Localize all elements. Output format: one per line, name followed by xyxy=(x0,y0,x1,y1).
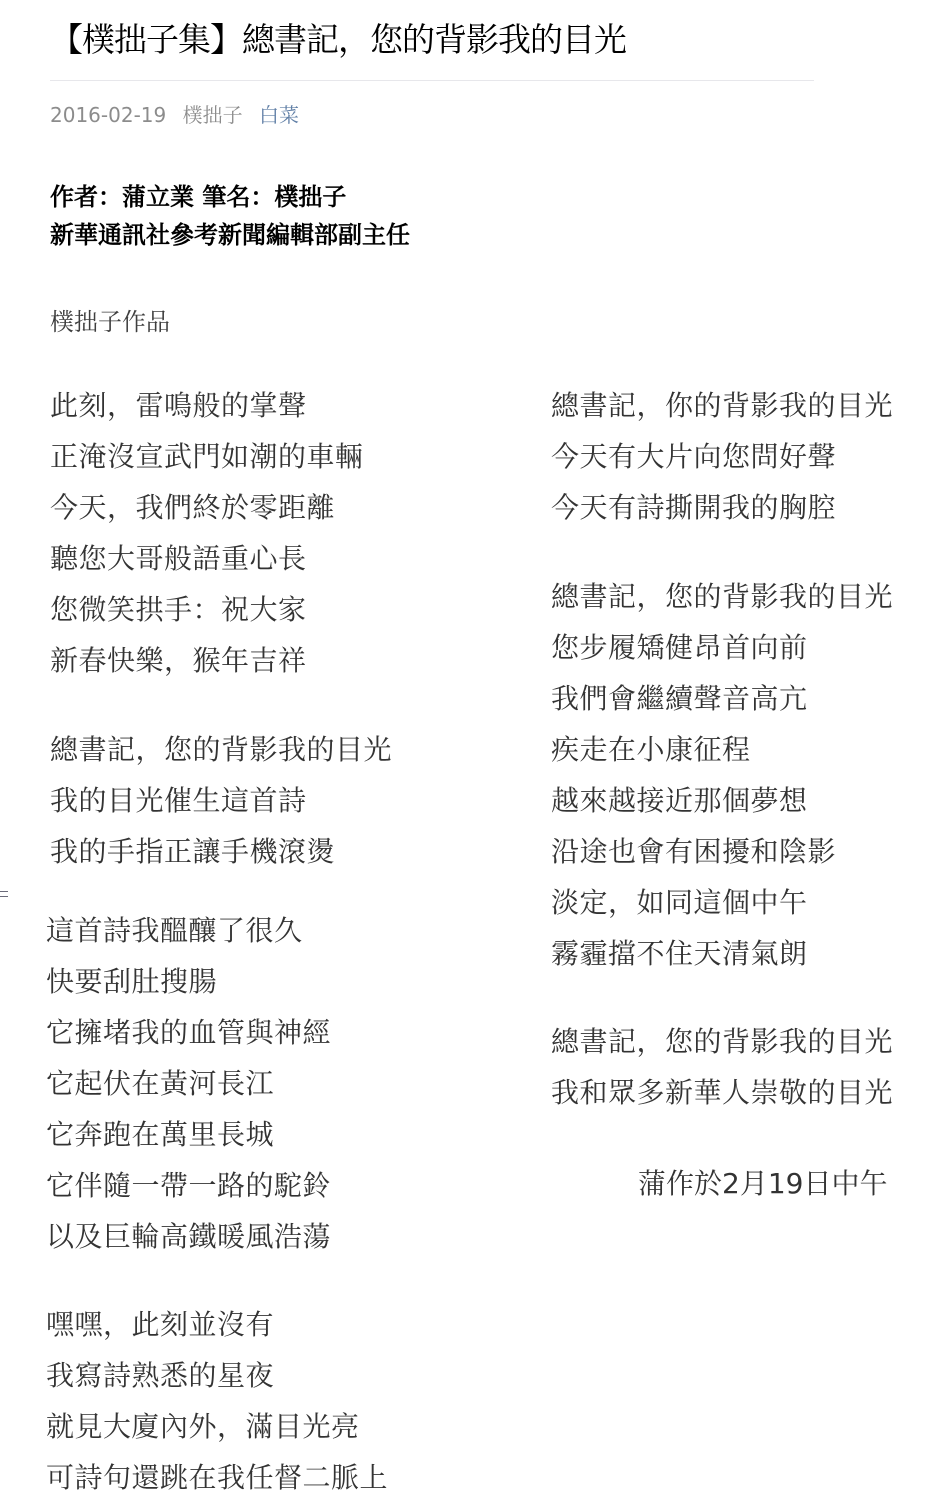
poem-line: 總書記，您的背影我的目光 xyxy=(50,724,392,775)
poem-line: 快要刮肚搜腸 xyxy=(46,956,331,1007)
poem-stanza-right-3: 總書記，您的背影我的目光 我和眾多新華人崇敬的目光 xyxy=(551,1016,893,1118)
poem-line: 沿途也會有困擾和陰影 xyxy=(551,826,893,877)
poem-line: 它奔跑在萬里長城 xyxy=(46,1109,331,1160)
poem-line: 您微笑拱手：祝大家 xyxy=(50,584,364,635)
poem-line: 這首詩我醞釀了很久 xyxy=(46,905,331,956)
poem-line: 今天，我們終於零距離 xyxy=(50,482,364,533)
side-marker-icon xyxy=(0,891,8,897)
poem-line: 我和眾多新華人崇敬的目光 xyxy=(551,1067,893,1118)
byline: 作者：蒲立業 筆名：樸拙子 新華通訊社參考新聞編輯部副主任 xyxy=(50,178,410,254)
poem-line: 新春快樂，猴年吉祥 xyxy=(50,635,364,686)
poem-line: 今天有大片向您問好聲 xyxy=(551,431,893,482)
poem-stanza-right-1: 總書記，你的背影我的目光 今天有大片向您問好聲 今天有詩撕開我的胸腔 xyxy=(551,380,893,533)
poem-line: 以及巨輪高鐵暖風浩蕩 xyxy=(46,1211,331,1262)
poem-line: 此刻，雷鳴般的掌聲 xyxy=(50,380,364,431)
publish-date: 2016-02-19 xyxy=(50,103,166,127)
poem-line: 總書記，你的背影我的目光 xyxy=(551,380,893,431)
poem-stanza-left-2: 總書記，您的背影我的目光 我的目光催生這首詩 我的手指正讓手機滾燙 xyxy=(50,724,392,877)
poem-stanza-left-4: 嘿嘿，此刻並沒有 我寫詩熟悉的星夜 就見大廈內外，滿目光亮 可詩句還跳在我任督二… xyxy=(46,1299,388,1503)
poem-line: 我們會繼續聲音高亢 xyxy=(551,673,893,724)
poem-line: 霧霾擋不住天清氣朗 xyxy=(551,928,893,979)
byline-author: 作者：蒲立業 筆名：樸拙子 xyxy=(50,178,410,216)
poem-line: 我寫詩熟悉的星夜 xyxy=(46,1350,388,1401)
poem-line: 我的目光催生這首詩 xyxy=(50,775,392,826)
poem-line: 嘿嘿，此刻並沒有 xyxy=(46,1299,388,1350)
title-divider xyxy=(50,80,814,81)
poem-line: 今天有詩撕開我的胸腔 xyxy=(551,482,893,533)
poem-line: 疾走在小康征程 xyxy=(551,724,893,775)
poem-line: 總書記，您的背影我的目光 xyxy=(551,571,893,622)
poem-line: 越來越接近那個夢想 xyxy=(551,775,893,826)
author-name: 樸拙子 xyxy=(183,103,243,127)
poem-stanza-left-1: 此刻，雷鳴般的掌聲 正淹沒宣武門如潮的車輛 今天，我們終於零距離 聽您大哥般語重… xyxy=(50,380,364,686)
poem-line: 我的手指正讓手機滾燙 xyxy=(50,826,392,877)
poem-line: 總書記，您的背影我的目光 xyxy=(551,1016,893,1067)
poem-signature: 蒲作於2月19日中午 xyxy=(638,1158,887,1209)
poem-line: 淡定，如同這個中午 xyxy=(551,877,893,928)
byline-position: 新華通訊社參考新聞編輯部副主任 xyxy=(50,216,410,254)
account-link[interactable]: 白菜 xyxy=(259,103,299,127)
poem-line: 就見大廈內外，滿目光亮 xyxy=(46,1401,388,1452)
poem-line: 正淹沒宣武門如潮的車輛 xyxy=(50,431,364,482)
poem-line: 它起伏在黃河長江 xyxy=(46,1058,331,1109)
poem-line: 它擁堵我的血管與神經 xyxy=(46,1007,331,1058)
poem-line: 可詩句還跳在我任督二脈上 xyxy=(46,1452,388,1503)
poem-line: 它伴隨一帶一路的駝鈴 xyxy=(46,1160,331,1211)
poem-line: 您步履矯健昂首向前 xyxy=(551,622,893,673)
article-meta: 2016-02-19 樸拙子 白菜 xyxy=(50,101,299,129)
poem-stanza-right-2: 總書記，您的背影我的目光 您步履矯健昂首向前 我們會繼續聲音高亢 疾走在小康征程… xyxy=(551,571,893,979)
article-title: 【樸拙子集】總書記，您的背影我的目光 xyxy=(50,16,626,64)
poem-line: 聽您大哥般語重心長 xyxy=(50,533,364,584)
poem-stanza-left-3: 這首詩我醞釀了很久 快要刮肚搜腸 它擁堵我的血管與神經 它起伏在黃河長江 它奔跑… xyxy=(46,905,331,1262)
works-label: 樸拙子作品 xyxy=(50,304,170,340)
